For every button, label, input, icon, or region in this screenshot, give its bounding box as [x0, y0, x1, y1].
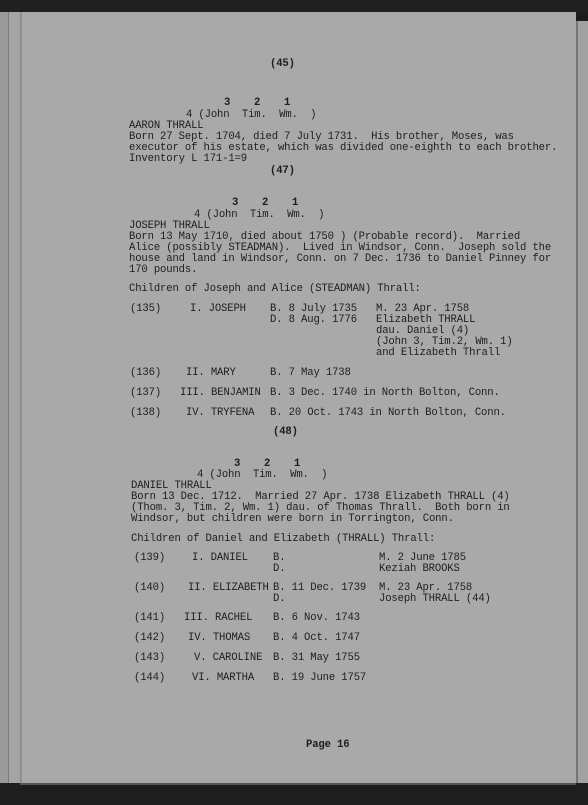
child-id: (135)	[130, 303, 161, 316]
section-number: (47)	[270, 165, 295, 178]
child-marriage: Joseph THRALL (44)	[379, 593, 491, 606]
child-name: VI. MARTHA	[192, 672, 254, 685]
child-id: (144)	[134, 672, 165, 685]
children-heading: Children of Joseph and Alice (STEADMAN) …	[129, 283, 421, 296]
child-date: D.	[273, 593, 285, 606]
child-id: (141)	[134, 612, 165, 625]
child-name: III. RACHEL	[184, 612, 252, 625]
child-id: (139)	[134, 552, 165, 565]
child-date: B. 7 May 1738	[270, 367, 351, 380]
child-date: B. 31 May 1755	[273, 652, 360, 665]
children-heading: Children of Daniel and Elizabeth (THRALL…	[131, 533, 435, 546]
lineage-line: 4 (John Tim. Wm. )	[186, 109, 316, 122]
child-name: IV. TRYFENA	[186, 407, 254, 420]
section-number: (45)	[270, 58, 295, 71]
next-page-edge	[576, 21, 588, 783]
child-name: V. CAROLINE	[194, 652, 262, 665]
page-footer: Page 16	[306, 739, 349, 752]
child-id: (140)	[134, 582, 165, 595]
scan-left-margin	[0, 12, 8, 783]
child-date: D.	[273, 563, 285, 576]
body-line: Windsor, but children were born in Torri…	[131, 513, 454, 526]
child-date: B. 6 Nov. 1743	[273, 612, 360, 625]
child-id: (143)	[134, 652, 165, 665]
child-date: D. 8 Aug. 1776	[270, 314, 357, 327]
child-id: (136)	[130, 367, 161, 380]
body-line: Inventory L 171-1=9	[129, 153, 247, 166]
child-name: I. JOSEPH	[190, 303, 246, 316]
child-id: (142)	[134, 632, 165, 645]
scan-top-border	[0, 0, 588, 12]
child-date: B. 11 Dec. 1739	[273, 582, 366, 595]
child-marriage: Keziah BROOKS	[379, 563, 460, 576]
child-id: (137)	[130, 387, 161, 400]
child-name: II. MARY	[186, 367, 236, 380]
child-name: IV. THOMAS	[188, 632, 250, 645]
body-line: 170 pounds.	[129, 264, 197, 277]
child-marriage: and Elizabeth Thrall	[376, 347, 500, 360]
scan-bottom-border	[0, 783, 588, 805]
document-page: (45) 3 2 1 4 (John Tim. Wm. ) AARON THRA…	[20, 12, 576, 785]
child-name: I. DANIEL	[192, 552, 248, 565]
child-id: (138)	[130, 407, 161, 420]
child-date: B. 20 Oct. 1743 in North Bolton, Conn.	[270, 407, 506, 420]
lineage-line: 4 (John Tim. Wm. )	[197, 469, 327, 482]
child-name: II. ELIZABETH	[188, 582, 269, 595]
child-date: B. 4 Oct. 1747	[273, 632, 360, 645]
section-number: (48)	[273, 426, 298, 439]
child-date: B. 3 Dec. 1740 in North Bolton, Conn.	[270, 387, 500, 400]
lineage-line: 4 (John Tim. Wm. )	[194, 209, 324, 222]
child-name: III. BENJAMIN	[180, 387, 261, 400]
child-date: B. 19 June 1757	[273, 672, 366, 685]
